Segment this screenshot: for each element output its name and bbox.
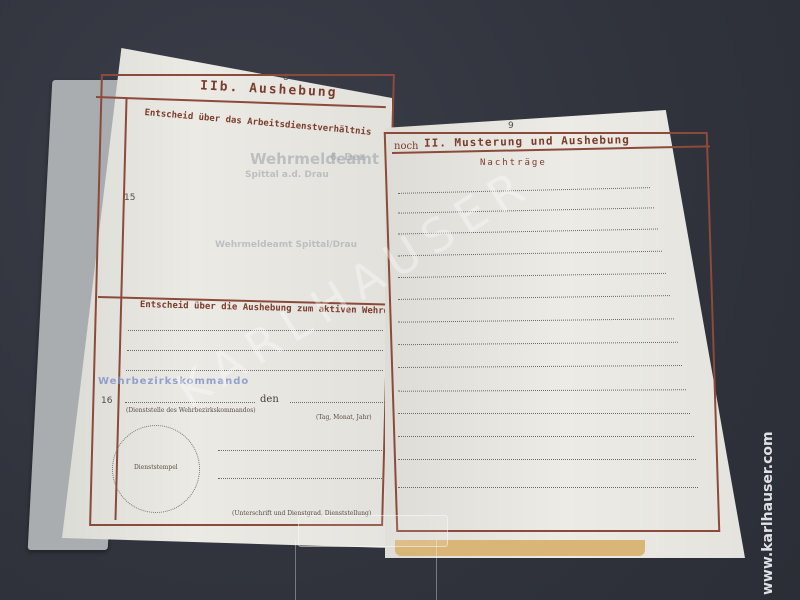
right-page-number: 9 [508,121,514,131]
acrylic-stand [295,540,437,600]
den-label: den [260,394,279,405]
ghost-stamp-line2: Spittal a.d. Drau [245,170,329,180]
dotted-line [218,478,386,479]
dotted-line [290,402,385,403]
title-prefix: noch [394,141,419,152]
site-watermark: www.karlhauser.com [760,431,776,595]
seal-label: Dienststempel [134,464,178,471]
date-field-label: (Tag, Monat, Jahr) [316,414,372,421]
ghost-stamp-line3: Wehrmeldeamt Spittal/Drau [215,240,357,250]
photo-scene: 8 IIb. Aushebung Entscheid über das Arbe… [0,0,800,600]
row-number-15: 15 [124,193,135,203]
dotted-line [218,450,386,451]
ghost-stamp-date: 6. Dez [330,152,365,163]
row-number-16: 16 [101,396,112,406]
